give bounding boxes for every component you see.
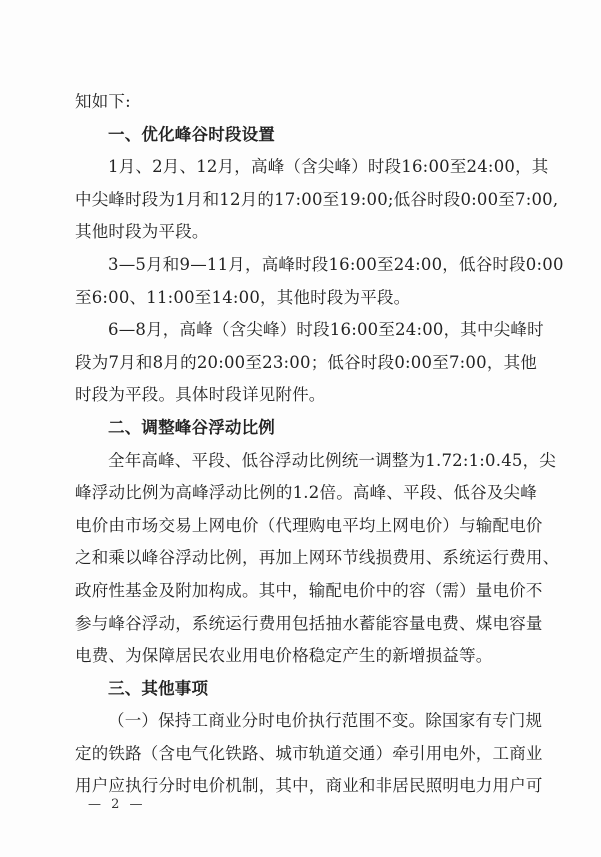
paragraph-line: （一）保持工商业分时电价执行范围不变。除国家有专门规 (75, 705, 537, 738)
paragraph-line: 6—8月，高峰（含尖峰）时段16:00至24:00，其中尖峰时 (75, 314, 537, 347)
paragraph-line: 定的铁路（含电气化铁路、城市轨道交通）牵引用电外，工商业 (75, 738, 537, 771)
paragraph-line: 其他时段为平段。 (75, 216, 537, 249)
paragraph-line: 知如下: (75, 86, 537, 119)
paragraph-line: 全年高峰、平段、低谷浮动比例统一调整为1.72:1:0.45，尖 (75, 445, 537, 478)
paragraph-line: 电价由市场交易上网电价（代理购电平均上网电价）与输配电价 (75, 510, 537, 543)
paragraph-line: 电费、为保障居民农业用电价格稳定产生的新增损益等。 (75, 640, 537, 673)
paragraph-line: 参与峰谷浮动，系统运行费用包括抽水蓄能容量电费、煤电容量 (75, 608, 537, 641)
section-heading-3: 三、其他事项 (75, 673, 537, 706)
paragraph-line: 3—5月和9—11月，高峰时段16:00至24:00，低谷时段0:00 (75, 249, 537, 282)
paragraph-line: 政府性基金及附加构成。其中，输配电价中的容（需）量电价不 (75, 575, 537, 608)
paragraph-line: 峰浮动比例为高峰浮动比例的1.2倍。高峰、平段、低谷及尖峰 (75, 477, 537, 510)
section-heading-1: 一、优化峰谷时段设置 (75, 119, 537, 152)
paragraph-line: 之和乘以峰谷浮动比例，再加上网环节线损费用、系统运行费用、 (75, 542, 537, 575)
page-number: — 2 — (88, 797, 146, 812)
paragraph-line: 1月、2月、12月，高峰（含尖峰）时段16:00至24:00，其 (75, 151, 537, 184)
paragraph-line: 中尖峰时段为1月和12月的17:00至19:00;低谷时段0:00至7:00, (75, 184, 537, 217)
paragraph-line: 段为7月和8月的20:00至23:00；低谷时段0:00至7:00，其他 (75, 347, 537, 380)
section-heading-2: 二、调整峰谷浮动比例 (75, 412, 537, 445)
paragraph-line: 至6:00、11:00至14:00，其他时段为平段。 (75, 282, 537, 315)
paragraph-line: 时段为平段。具体时段详见附件。 (75, 379, 537, 412)
document-page: 知如下: 一、优化峰谷时段设置 1月、2月、12月，高峰（含尖峰）时段16:00… (75, 86, 537, 803)
